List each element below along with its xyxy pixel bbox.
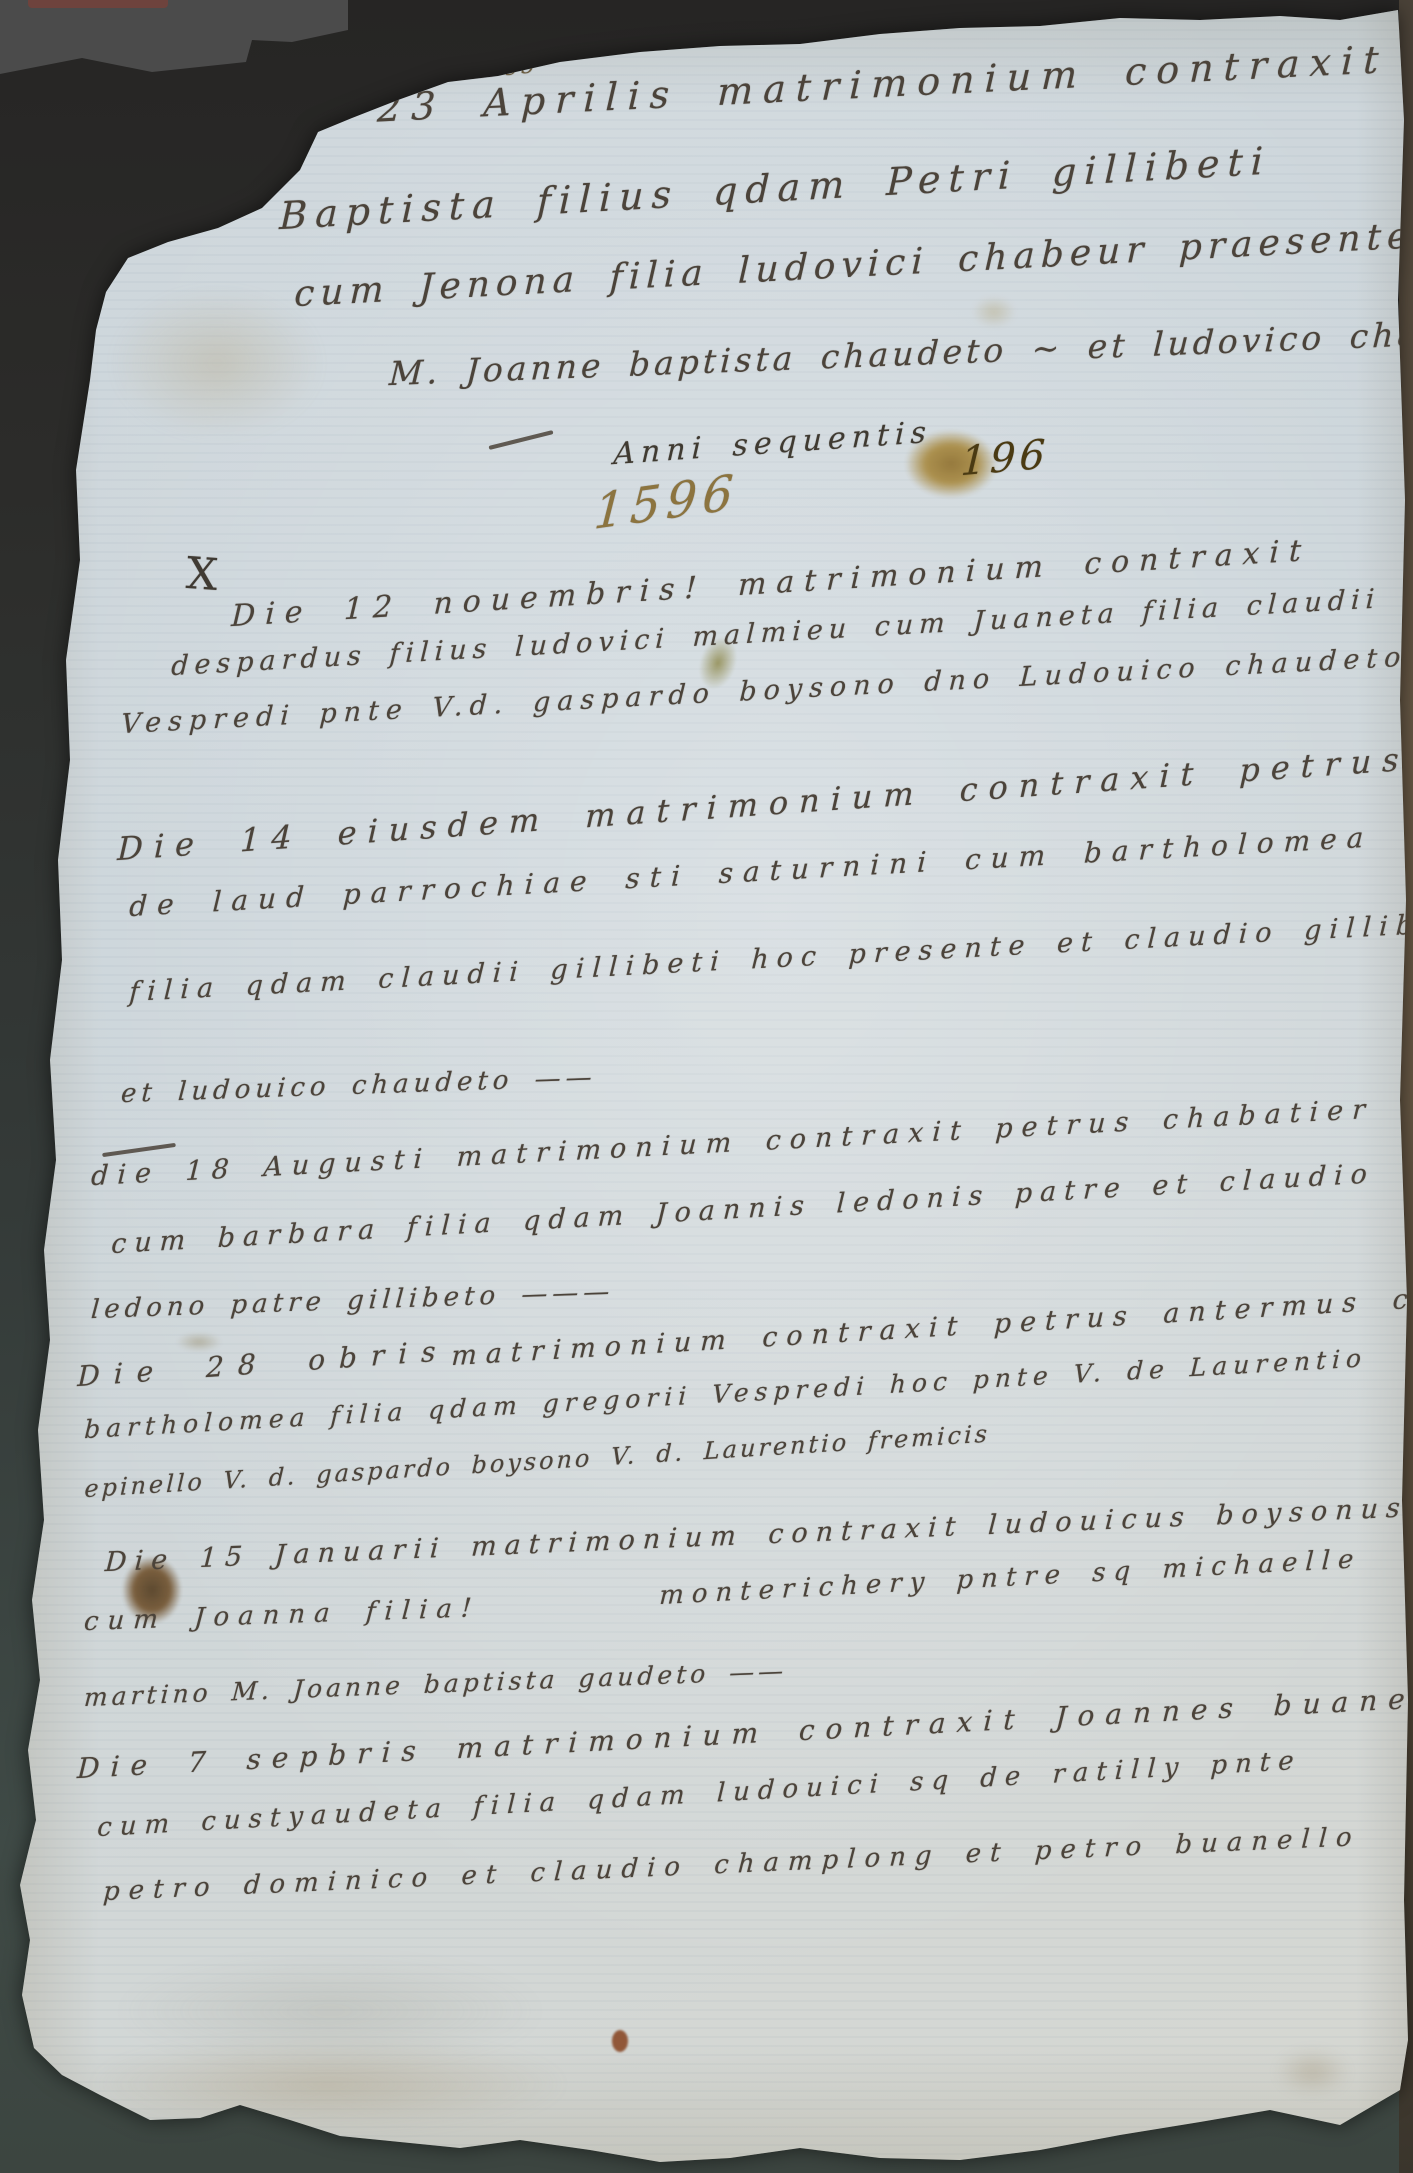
entry4-line3: ledono patre gillibeto ——— (90, 1278, 615, 1325)
entry1-line2: Baptista filius qdam Petri gillibeti (279, 141, 1272, 238)
entry1-line3: cum Jenona filia ludovici chabeur praese… (294, 216, 1413, 314)
manuscript-page-wrapper: anni 95 Die 23 Aprilis matrimonium contr… (0, 0, 1413, 2173)
year-heading-label: Anni sequentis (613, 416, 933, 471)
entry3-line4: et ludouico chaudeto —— (120, 1063, 598, 1108)
entry1-line1: Die 23 Aprilis matrimonium contraxit (243, 39, 1389, 137)
separator-stroke (488, 430, 553, 450)
entry3-line3: filia qdam claudii gillibeti hoc present… (128, 909, 1413, 1008)
ink-speck (452, 66, 461, 74)
separator-stroke (102, 1143, 176, 1157)
entry6-line2-right: monterichery pntre sq michaelle (658, 1545, 1362, 1611)
stain-top-left-corner (112, 288, 322, 438)
photo-of-manuscript: anni 95 Die 23 Aprilis matrimonium contr… (0, 0, 1413, 2173)
entry6-line3: martino M. Joanne baptista gaudeto —— (83, 1657, 788, 1712)
ink-speck (265, 127, 280, 138)
stain-bottom-smudge (115, 1956, 545, 2066)
stain-small-spot (176, 1332, 222, 1352)
stain-bottom-right (1275, 2048, 1350, 2096)
year-heading-stained-number: 196 (960, 432, 1050, 484)
ink-speck (258, 92, 271, 102)
stain-rust-spot (612, 2030, 628, 2052)
margin-x-mark: X (185, 550, 220, 600)
year-1596: 1596 (592, 466, 740, 540)
stain-small-spot (972, 296, 1016, 328)
entry7-line3: petro dominico et claudio champlong et p… (102, 1823, 1361, 1907)
manuscript-page: anni 95 Die 23 Aprilis matrimonium contr… (0, 0, 1413, 2173)
ink-speck (277, 111, 286, 119)
entry5-line1-left: Die 28 obris (77, 1336, 450, 1393)
entry1-line4: M. Joanne baptista chaudeto ~ et ludovic… (388, 312, 1413, 392)
